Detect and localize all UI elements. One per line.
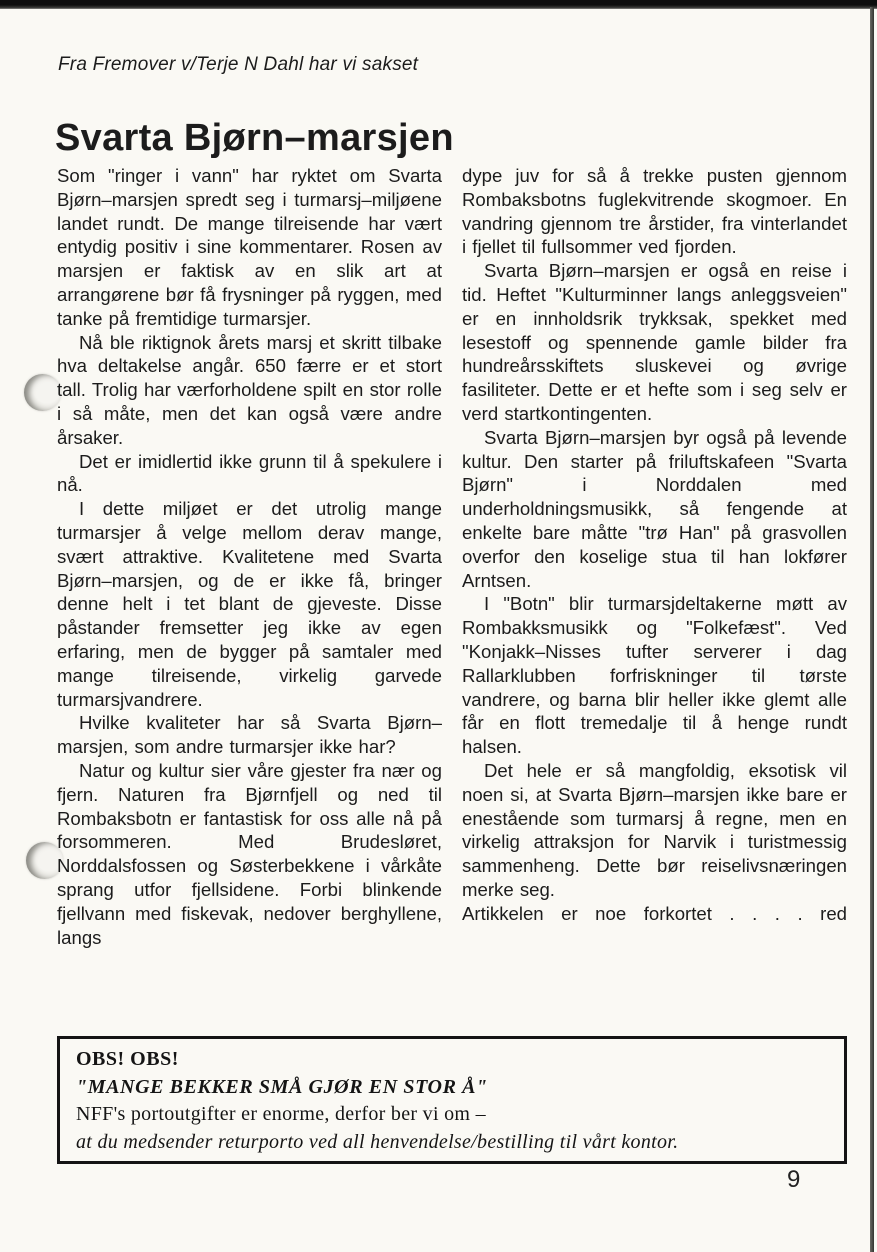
punch-hole-icon	[24, 374, 61, 411]
paragraph: I dette miljøet er det utrolig mange tur…	[57, 497, 442, 711]
paragraph: Som "ringer i vann" har ryktet om Svarta…	[57, 164, 442, 331]
notice-heading: OBS! OBS!	[76, 1046, 828, 1074]
page-number: 9	[787, 1166, 800, 1194]
scanned-newsletter-page: Fra Fremover v/Terje N Dahl har vi sakse…	[0, 0, 877, 1252]
paragraph: Nå ble riktignok årets marsj et skritt t…	[57, 331, 442, 450]
notice-box: OBS! OBS! "MANGE BEKKER SMÅ GJØR EN STOR…	[57, 1036, 847, 1164]
article-title: Svarta Bjørn–marsjen	[55, 117, 454, 160]
scan-right-edge	[870, 7, 874, 1252]
scan-top-edge	[0, 0, 877, 9]
paragraph: Svarta Bjørn–marsjen byr også på levende…	[462, 426, 847, 593]
editor-note-line: Artikkelen er noe forkortet . . . . red	[462, 902, 847, 926]
notice-text: NFF's portoutgifter er enorme, derfor be…	[76, 1101, 828, 1129]
left-column: Som "ringer i vann" har ryktet om Svarta…	[57, 164, 442, 949]
notice-motto: "MANGE BEKKER SMÅ GJØR EN STOR Å"	[76, 1074, 828, 1102]
paragraph: Hvilke kvaliteter har så Svarta Bjørn–ma…	[57, 711, 442, 759]
right-column: dype juv for så å trekke pusten gjennom …	[462, 164, 847, 949]
notice-request: at du medsender returporto ved all henve…	[76, 1129, 828, 1157]
article-body: Som "ringer i vann" har ryktet om Svarta…	[57, 164, 847, 949]
paragraph: Svarta Bjørn–marsjen er også en reise i …	[462, 259, 847, 426]
paragraph: Det er imidlertid ikke grunn til å speku…	[57, 450, 442, 498]
paragraph: Det hele er så mangfoldig, eksotisk vil …	[462, 759, 847, 902]
source-attribution-line: Fra Fremover v/Terje N Dahl har vi sakse…	[58, 54, 418, 76]
paragraph: dype juv for så å trekke pusten gjennom …	[462, 164, 847, 259]
paragraph: Natur og kultur sier våre gjester fra næ…	[57, 759, 442, 949]
paragraph: I "Botn" blir turmarsjdeltakerne møtt av…	[462, 592, 847, 759]
